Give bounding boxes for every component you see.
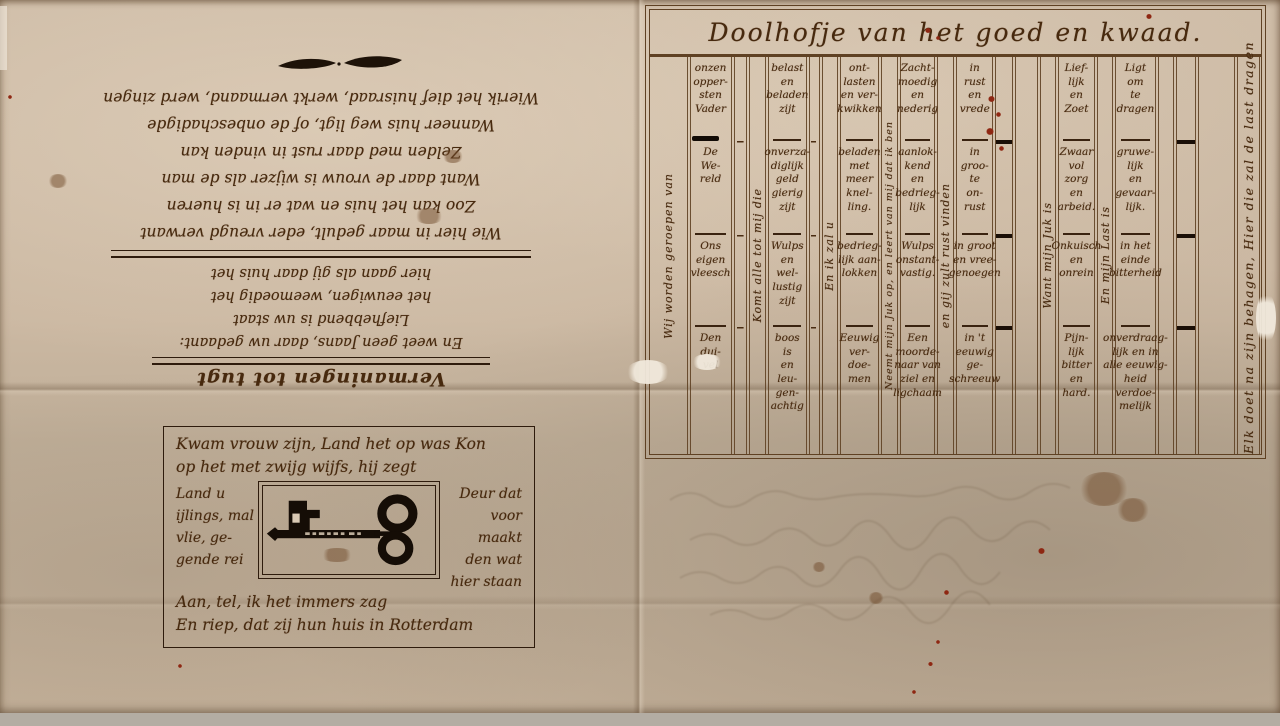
riddle-line: Aan, tel, ik het immers zag	[176, 591, 522, 614]
ink-stain	[8, 95, 12, 99]
ink-stain	[912, 690, 916, 694]
table-cell: onverdraag- lijk en in alle eeuwig- heid…	[1116, 327, 1154, 454]
inverted-line: Wanneer huis weg ligt, of de onbeschadig…	[10, 111, 632, 138]
table-cell: ont- lasten en ver- kwikken	[841, 57, 877, 141]
table-cell: Zacht- moedig en nederig	[901, 57, 934, 141]
table-cell: in groot en vree- genoegen	[957, 235, 992, 327]
table-cell: De We- reld	[691, 141, 731, 235]
table-cell: onverza- diglijk geld gierig zijt	[769, 141, 805, 235]
ink-stain	[928, 662, 933, 666]
riddle-right-column: Deur dat voor maakt den wat hier staan	[444, 481, 522, 583]
table-cell: Lief- lijk en Zoet	[1059, 57, 1094, 141]
table-cell: Den dui- vel	[691, 327, 731, 454]
paper-sheet: Vermaningen tot tugt En weet geen Jaans,…	[0, 0, 1280, 713]
data-column: Lief- lijk en Zoet Zwaar vol zorg en arb…	[1058, 57, 1095, 454]
table-cell: Wulps onstant- vastig.	[901, 235, 934, 327]
data-column: in rust en vrede in groo- te on- rust in…	[956, 57, 993, 454]
ink-stain	[986, 128, 994, 135]
dash-column	[1176, 57, 1196, 454]
maze-table-body: Wij worden geroepen van onzen opper- ste…	[650, 56, 1261, 454]
stain	[414, 208, 444, 224]
table-cell: Wulps en wel- lustig zijt	[769, 235, 805, 327]
ink-stain	[944, 590, 949, 595]
ink-stain	[999, 146, 1004, 151]
ink-stain	[1146, 14, 1152, 19]
ink-stain	[936, 640, 940, 644]
empty-column	[809, 57, 820, 454]
double-rule	[152, 357, 490, 365]
vertical-phrase-column: Wij worden geroepen van	[651, 57, 688, 454]
stain	[868, 592, 884, 604]
riddle-word: Land u	[176, 483, 254, 505]
inverted-title: Vermaningen tot tugt	[10, 368, 632, 390]
riddle-line: En riep, dat zij hun huis in Rotterdam	[176, 614, 522, 637]
empty-column	[734, 57, 747, 454]
riddle-word: Deur dat	[444, 483, 522, 505]
inverted-line: Zelden med daar rust in vinden kan	[10, 138, 632, 165]
stain	[812, 562, 826, 572]
data-column: ont- lasten en ver- kwikken beladen met …	[840, 57, 878, 454]
paper-damage	[626, 360, 670, 384]
calligraphic-flourish-icon	[276, 50, 410, 78]
vertical-phrase: En ik zal u	[823, 221, 836, 291]
inverted-line: Zoo kan het huis en wat er in is hueren	[10, 192, 632, 219]
maze-table: Doolhofje van het goed en kwaad. Wij wor…	[649, 9, 1262, 455]
key-row: Land u ijlings, mal vlie, ge- gende rei	[176, 481, 522, 583]
table-cell: gruwe- lijk en gevaar- lijk.	[1116, 141, 1154, 235]
riddle-word: den wat	[444, 549, 522, 571]
data-column: belast en beladen zijt onverza- diglijk …	[768, 57, 806, 454]
table-cell: in groo- te on- rust	[957, 141, 992, 235]
table-cell: Pijn- lijk bitter en hard.	[1059, 327, 1094, 454]
data-column: Ligt om te dragen gruwe- lijk en gevaar-…	[1115, 57, 1155, 454]
riddle-left-column: Land u ijlings, mal vlie, ge- gende rei	[176, 481, 254, 583]
vertical-phrase-column: Elk doet na zijn behagen, Hier die zal d…	[1237, 57, 1260, 454]
table-cell: beladen met meer knel- ling.	[841, 141, 877, 235]
table-cell: Ligt om te dragen	[1116, 57, 1154, 141]
vertical-phrase: Komt alle tot mij die	[751, 188, 764, 322]
riddle-box: Kwam vrouw zijn, Land het op was Kon op …	[163, 426, 535, 648]
table-cell: in 't eeuwig ge- schreeuw	[957, 327, 992, 454]
empty-column	[1015, 57, 1037, 454]
ink-stain	[925, 28, 931, 33]
riddle-word: gende rei	[176, 549, 254, 571]
vertical-phrase-column: Komt alle tot mij die	[749, 57, 766, 454]
paper-tear	[1256, 292, 1276, 344]
table-cell: Eeuwig ver- doe- men	[841, 327, 877, 454]
inverted-line: hier gaan als gij daar huis het	[10, 261, 632, 284]
riddle-line: Kwam vrouw zijn, Land het op was Kon	[176, 433, 522, 456]
key-frame	[258, 481, 440, 579]
stain	[1116, 498, 1150, 522]
inverted-line: Wierik het dief huisraad, werkt vermaand…	[10, 84, 632, 111]
table-cell: bedrieg- lijk aan- lokken	[841, 235, 877, 327]
inverted-line: Wie hier in maar gedult, eder vreugd ver…	[10, 219, 632, 246]
stain	[442, 150, 464, 163]
table-cell: Zwaar vol zorg en arbeid.	[1059, 141, 1094, 235]
table-cell: boos is en leu- gen- achtig	[769, 327, 805, 454]
inverted-line: En weet geen Jaans, daar uw gedaant:	[10, 330, 632, 353]
paper-edge-highlight	[0, 6, 7, 70]
table-cell: Ons eigen vleesch	[691, 235, 731, 327]
riddle-word: hier staan	[444, 571, 522, 593]
paper-damage	[692, 354, 722, 370]
ink-stain	[178, 664, 182, 668]
maze-table-title: Doolhofje van het goed en kwaad.	[650, 10, 1261, 56]
ink-stain	[1038, 548, 1045, 554]
vertical-phrase: Wij worden geroepen van	[662, 173, 675, 339]
stain	[48, 174, 68, 188]
data-column: Zacht- moedig en nederig aanlok- kend en…	[900, 57, 935, 454]
inverted-line: Liefhebbend is uw staat	[10, 307, 632, 330]
vertical-phrase-column: En ik zal u	[822, 57, 839, 454]
table-cell: in het einde bitterheid	[1116, 235, 1154, 327]
ink-stain	[988, 96, 995, 102]
table-cell: Een moorde- naar van ziel en ligchaam	[901, 327, 934, 454]
ink-stain	[996, 112, 1001, 117]
riddle-word: ijlings, mal	[176, 505, 254, 527]
stain	[320, 548, 354, 562]
inverted-line: het eeuwigen, weemoedig het	[10, 284, 632, 307]
ink-stain	[936, 36, 940, 40]
subject-column: onzen opper- sten Vader De We- reld Ons …	[690, 57, 732, 454]
riddle-word: voor maakt	[444, 505, 522, 549]
riddle-line: op het met zwijg wijfs, hij zegt	[176, 456, 522, 479]
scanned-manuscript: Vermaningen tot tugt En weet geen Jaans,…	[0, 0, 1280, 726]
inverted-text-section: Vermaningen tot tugt En weet geen Jaans,…	[10, 84, 632, 390]
empty-column	[1198, 57, 1235, 454]
inverted-line: Want daar de vrouw is wijzer als de man	[10, 165, 632, 192]
riddle-word: vlie, ge-	[176, 527, 254, 549]
table-cell: onzen opper- sten Vader	[691, 57, 731, 141]
table-cell: Onkuisch en onrein	[1059, 235, 1094, 327]
table-cell: belast en beladen zijt	[769, 57, 805, 141]
table-cell: aanlok- kend en bedrieg- lijk	[901, 141, 934, 235]
bleed-through-writing	[660, 470, 1260, 650]
vertical-phrase: Elk doet na zijn behagen, Hier die zal d…	[1241, 57, 1256, 454]
double-rule	[111, 250, 531, 258]
